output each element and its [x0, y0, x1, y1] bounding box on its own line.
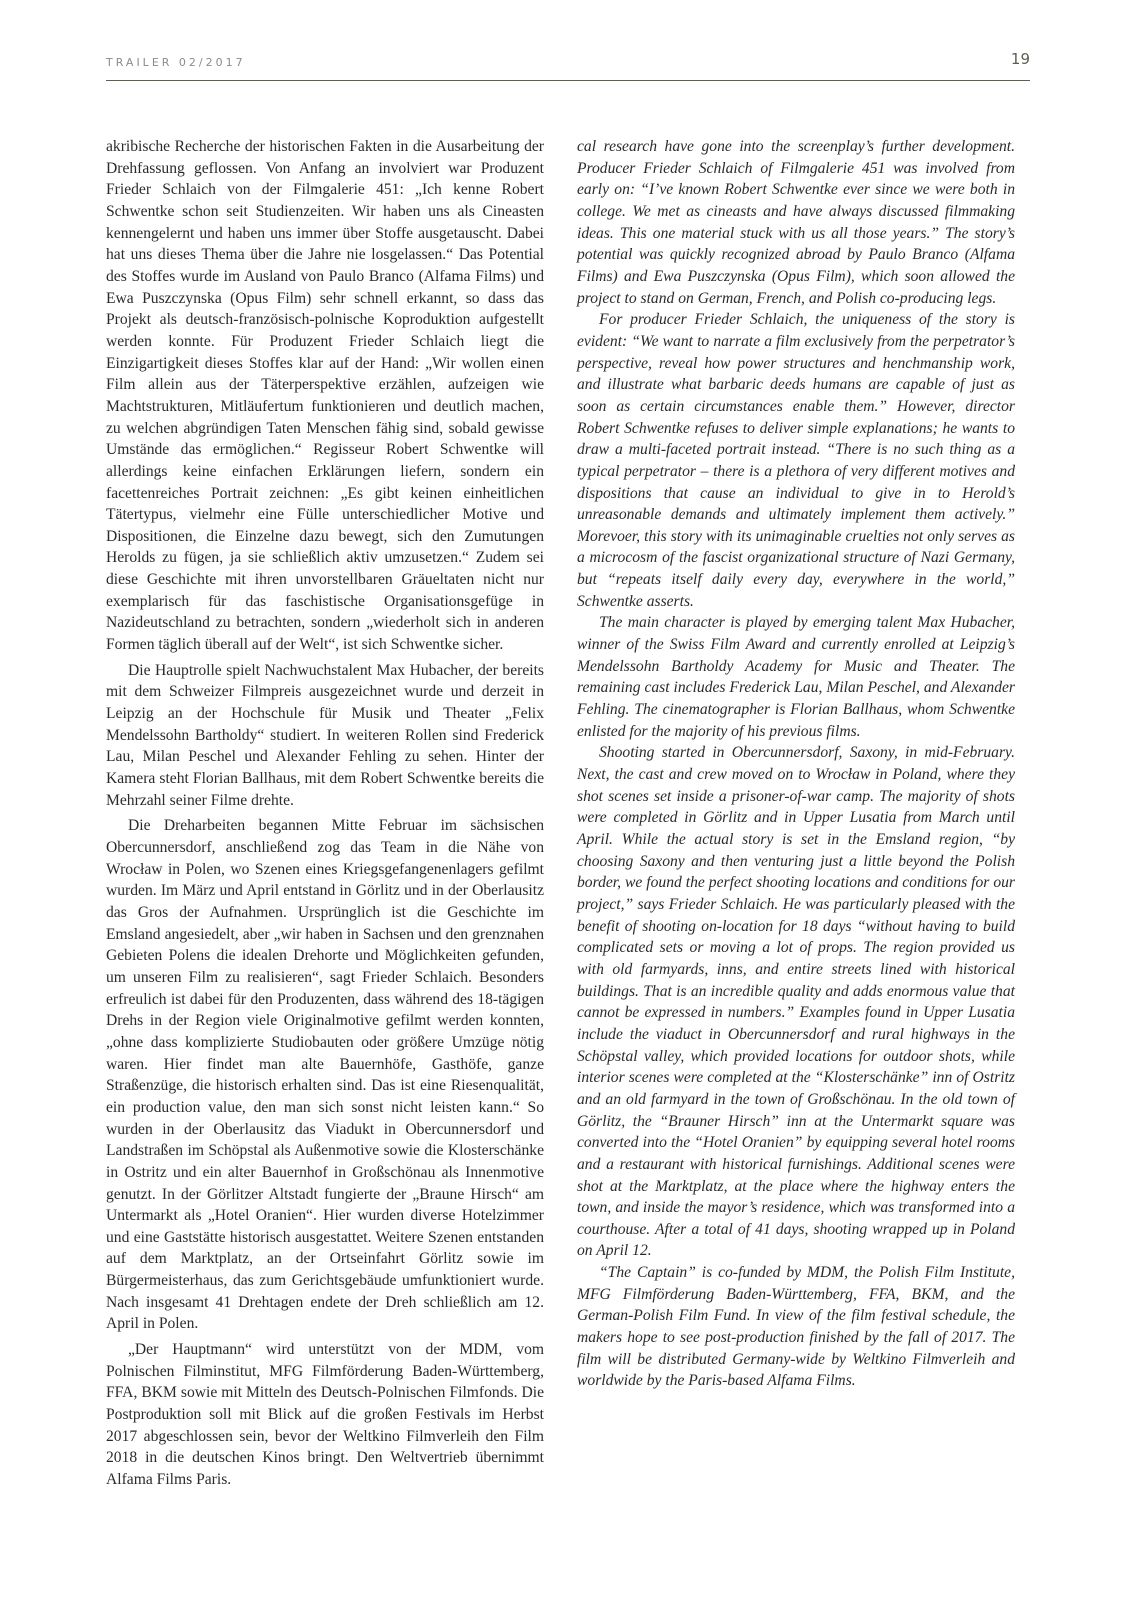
german-paragraph: Die Dreharbeiten begannen Mitte Februar …: [106, 815, 544, 1335]
german-paragraph: Die Hauptrolle spielt Nachwuchstalent Ma…: [106, 660, 544, 812]
page-number: 19: [1011, 50, 1030, 68]
page-header: TRAILER 02/2017 19: [106, 50, 1030, 81]
german-paragraph: „Der Hauptmann“ wird unterstützt von der…: [106, 1339, 544, 1491]
german-text-column: akribische Recherche der historischen Fa…: [106, 136, 544, 1495]
german-paragraph: akribische Recherche der historischen Fa…: [106, 136, 544, 656]
english-text-column: cal research have gone into the screenpl…: [577, 136, 1015, 1392]
publication-title: TRAILER 02/2017: [106, 56, 246, 69]
english-paragraph: For producer Frieder Schlaich, the uniqu…: [577, 309, 1015, 612]
english-paragraph: “The Captain” is co-funded by MDM, the P…: [577, 1262, 1015, 1392]
english-paragraph: The main character is played by emerging…: [577, 612, 1015, 742]
english-paragraph: cal research have gone into the screenpl…: [577, 136, 1015, 309]
english-paragraph: Shooting started in Obercunnersdorf, Sax…: [577, 742, 1015, 1262]
